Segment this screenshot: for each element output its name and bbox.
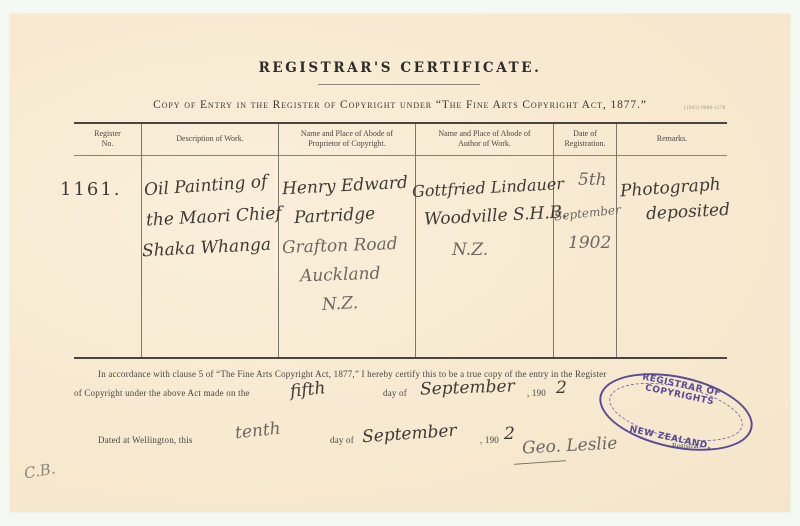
form-code: [1903]-9066-1578 <box>684 106 725 111</box>
header-line: No. <box>74 139 141 149</box>
header-line: Proprietor of Copyright. <box>279 139 415 149</box>
dated-day-of-label: day of <box>330 435 354 445</box>
column-divider <box>278 124 279 357</box>
handwritten-line: Grafton Road <box>282 234 398 258</box>
certificate-subtitle: Copy of Entry in the Register of Copyrig… <box>0 99 800 111</box>
dated-year-prefix: , 190 <box>480 435 499 445</box>
handwritten-line: 1902 <box>568 233 611 253</box>
header-line: Description of Work. <box>142 134 278 144</box>
header-remarks: Remarks. <box>617 134 727 144</box>
dated-prefix: Dated at Wellington, this <box>98 435 193 445</box>
handwritten-day: fifth <box>289 378 326 402</box>
entry-register-no: 1161. <box>60 179 122 200</box>
header-line: Remarks. <box>617 134 727 144</box>
header-register-no: Register No. <box>74 129 141 149</box>
handwritten-line: N.Z. <box>322 293 359 315</box>
handwritten-line: Auckland <box>300 264 381 287</box>
header-line: Register <box>74 129 141 139</box>
handwritten-line: N.Z. <box>452 240 488 260</box>
handwritten-month: September <box>420 376 515 399</box>
header-line: Name and Place of Abode of <box>416 129 553 139</box>
handwritten-dated-year-digit: 2 <box>504 424 515 444</box>
handwritten-line: Partridge <box>294 204 376 228</box>
handwritten-year-digit: 2 <box>556 378 567 398</box>
header-line: Registration. <box>554 139 616 149</box>
header-proprietor: Name and Place of Abode of Proprietor of… <box>279 129 415 149</box>
column-divider <box>616 124 617 357</box>
certificate-title: REGISTRAR'S CERTIFICATE. <box>0 60 800 76</box>
certification-line-2: of Copyright under the above Act made on… <box>74 388 250 398</box>
handwritten-line: 5th <box>578 170 607 190</box>
table-bottom-rule <box>74 357 727 359</box>
header-description: Description of Work. <box>142 134 278 144</box>
header-line: Date of <box>554 129 616 139</box>
header-line: Name and Place of Abode of <box>279 129 415 139</box>
title-divider <box>318 84 480 85</box>
table-top-rule <box>74 122 727 124</box>
column-divider <box>415 124 416 357</box>
header-date: Date of Registration. <box>554 129 616 149</box>
header-line: Author of Work. <box>416 139 553 149</box>
year-prefix: , 190 <box>527 388 546 398</box>
certification-line-1: In accordance with clause 5 of “The Fine… <box>98 369 607 379</box>
table-header-rule <box>74 155 727 156</box>
day-of-label: day of <box>383 388 407 398</box>
column-divider <box>553 124 554 357</box>
header-author: Name and Place of Abode of Author of Wor… <box>416 129 553 149</box>
